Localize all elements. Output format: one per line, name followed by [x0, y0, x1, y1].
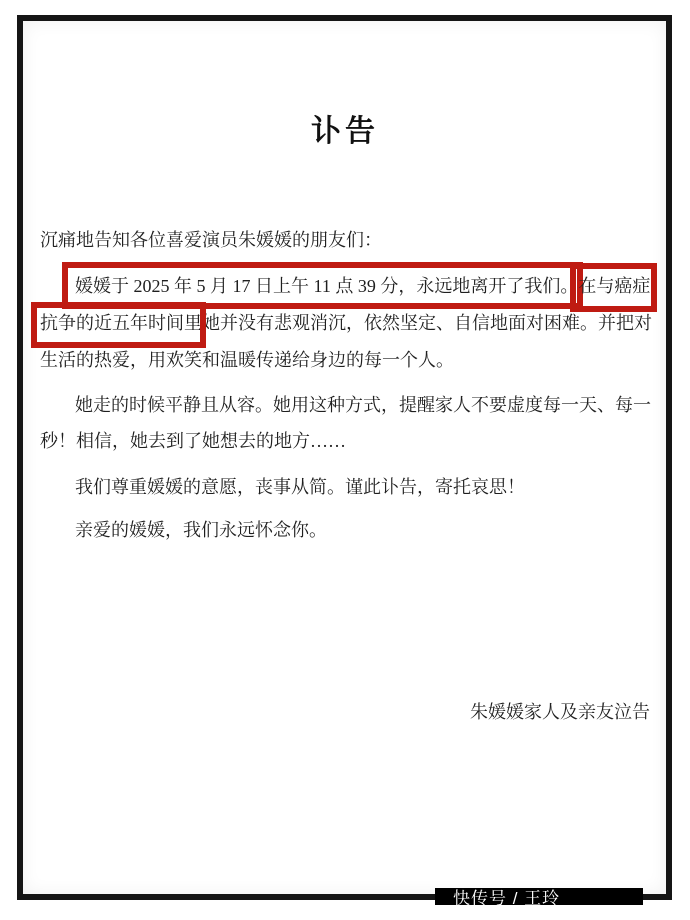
watermark-text: 快传号 / 王玲	[435, 888, 643, 905]
obituary-screenshot: 讣告 沉痛地告知各位喜爱演员朱媛媛的朋友们： 媛媛于 2025 年 5 月 17…	[0, 0, 690, 920]
paragraph-farewell-line1: 她走的时候平静且从容。她用这种方式，提醒家人不要虚度每一天、每一	[40, 394, 651, 416]
paragraph-death-line2: 抗争的近五年时间里她并没有悲观消沉，依然坚定、自信地面对困难。并把对	[40, 312, 652, 334]
paragraph-death-line1: 媛媛于 2025 年 5 月 17 日上午 11 点 39 分，永远地离开了我们…	[40, 275, 650, 297]
salutation-line: 沉痛地告知各位喜爱演员朱媛媛的朋友们：	[40, 229, 382, 251]
paragraph-farewell-line2: 秒！相信，她去到了她想去的地方……	[40, 430, 346, 452]
obituary-title: 讣告	[0, 106, 690, 150]
paragraph-funeral-text: 我们尊重媛媛的意愿，丧事从简。谨此讣告，寄托哀思！	[75, 477, 525, 497]
paragraph-death-line2-rest: 她并没有悲观消沉，依然坚定、自信地面对困难。并把对	[202, 313, 652, 333]
paragraph-remembrance-text: 亲爱的媛媛，我们永远怀念你。	[75, 520, 327, 540]
highlight-box-date-of-death: 媛媛于 2025 年 5 月 17 日上午 11 点 39 分，永远地离开了我们…	[75, 275, 578, 297]
paragraph-remembrance: 亲爱的媛媛，我们永远怀念你。	[40, 519, 327, 541]
paragraph-death-line3-text: 生活的热爱，用欢笑和温暖传递给身边的每一个人。	[40, 350, 454, 370]
highlight-box-cancer-continue: 抗争的近五年时间里	[40, 312, 202, 334]
salutation-text: 沉痛地告知各位喜爱演员朱媛媛的朋友们：	[40, 230, 382, 250]
paragraph-funeral: 我们尊重媛媛的意愿，丧事从简。谨此讣告，寄托哀思！	[40, 476, 525, 498]
signature-line: 朱媛媛家人及亲友泣告	[470, 701, 650, 723]
paragraph-death-line3: 生活的热爱，用欢笑和温暖传递给身边的每一个人。	[40, 349, 454, 371]
watermark-bar: 快传号 / 王玲	[435, 888, 643, 905]
signature-text: 朱媛媛家人及亲友泣告	[470, 702, 650, 722]
paragraph-farewell-line2-text: 秒！相信，她去到了她想去的地方……	[40, 431, 346, 451]
paragraph-farewell-line1-text: 她走的时候平静且从容。她用这种方式，提醒家人不要虚度每一天、每一	[75, 395, 651, 415]
highlight-box-cancer-start: 在与癌症	[578, 275, 650, 297]
